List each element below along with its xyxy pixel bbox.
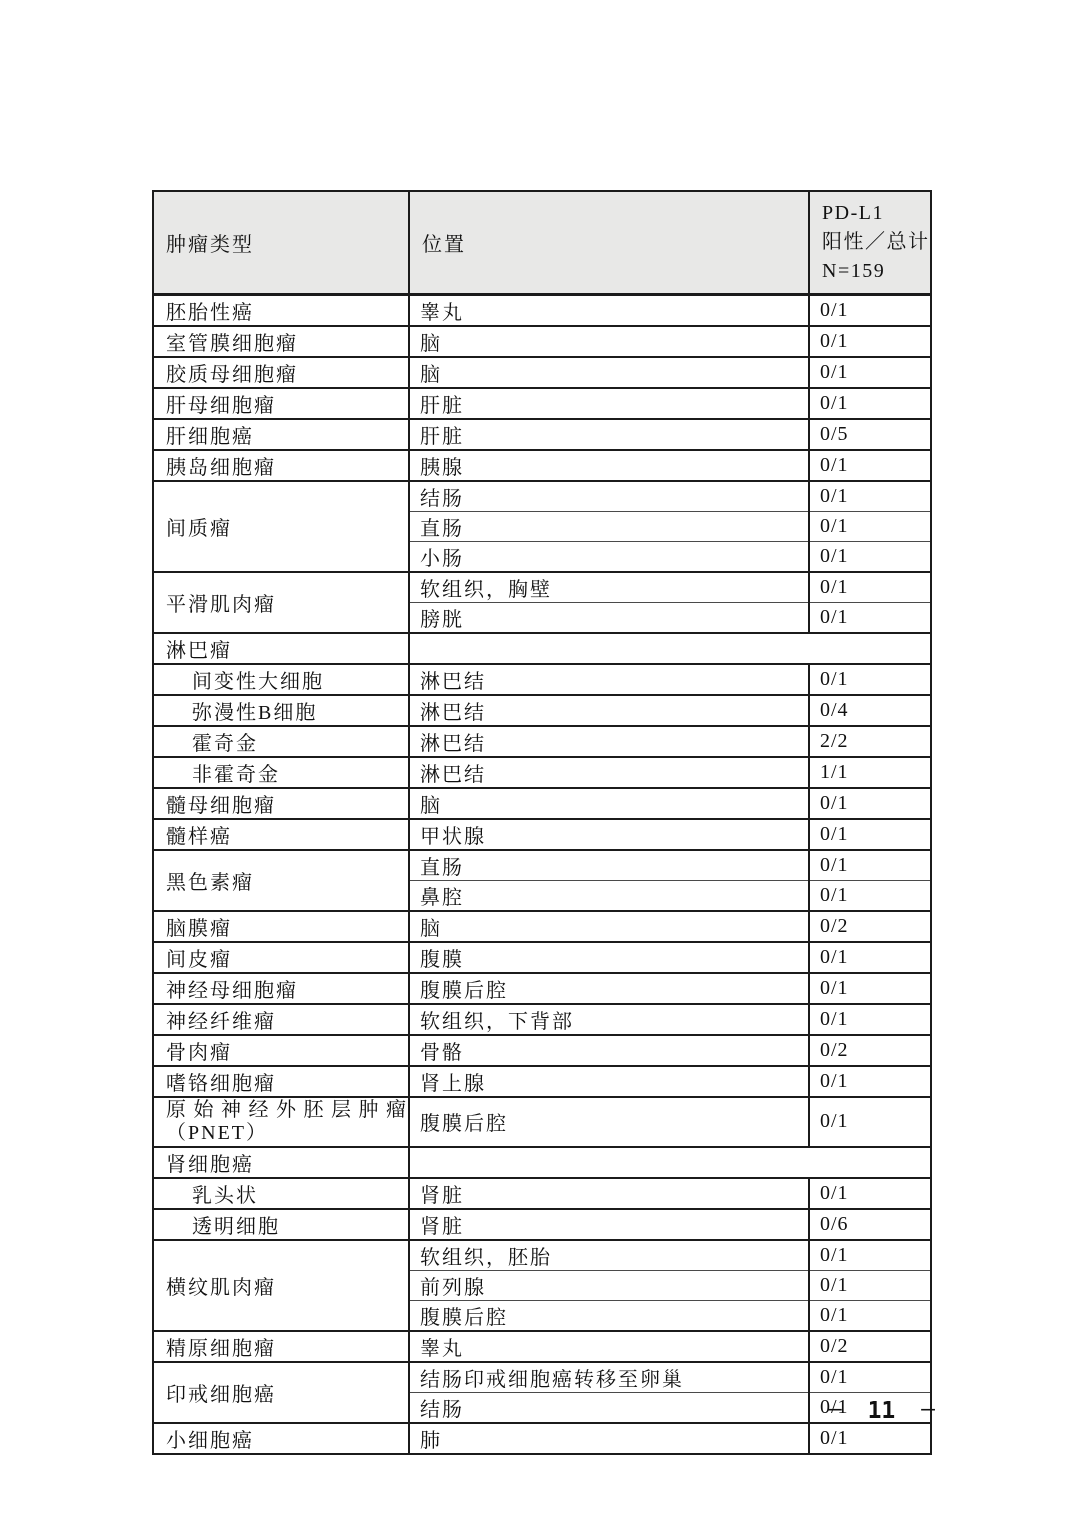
table-row: 室管膜细胞瘤脑0/1 [153,326,931,357]
pdl1-value-cell: 0/1 [809,819,931,850]
col-header-pdl1-line2: 阳性／总计 [822,228,930,257]
location-cell: 淋巴结 [409,757,809,788]
col-header-location-label: 位置 [422,234,466,256]
location-cell: 结肠印戒细胞癌转移至卵巢 [409,1362,809,1393]
tumor-type-cell: 肾细胞癌 [153,1147,409,1178]
location-cell: 睾丸 [409,1331,809,1362]
location-cell: 结肠 [409,481,809,512]
tumor-type-cell: 横纹肌肉瘤 [153,1240,409,1331]
pdl1-value-cell: 0/1 [809,357,931,388]
table-row: 间皮瘤腹膜0/1 [153,942,931,973]
tumor-type-cell: 脑膜瘤 [153,911,409,942]
location-cell: 直肠 [409,511,809,541]
location-cell: 甲状腺 [409,819,809,850]
footer-dash-left: — [828,1396,842,1422]
tumor-pdl1-table-container: 肿瘤类型 位置 PD-L1 阳性／总计 N=159 胚胎性癌睾丸0/1室管膜细胞… [152,190,930,1455]
table-row: 髓母细胞瘤脑0/1 [153,788,931,819]
table-row: 神经母细胞瘤腹膜后腔0/1 [153,973,931,1004]
location-cell: 膀胱 [409,602,809,633]
location-cell: 鼻腔 [409,880,809,911]
tumor-type-cell: 髓母细胞瘤 [153,788,409,819]
table-row: 骨肉瘤骨骼0/2 [153,1035,931,1066]
table-row: 胶质母细胞瘤脑0/1 [153,357,931,388]
tumor-type-cell: 淋巴瘤 [153,633,409,664]
pdl1-value-cell: 0/1 [809,1178,931,1209]
table-row: 黑色素瘤直肠0/1 [153,850,931,881]
location-cell: 胰腺 [409,450,809,481]
table-row: 弥漫性B细胞淋巴结0/4 [153,695,931,726]
table-row: 霍奇金淋巴结2/2 [153,726,931,757]
location-cell: 肾上腺 [409,1066,809,1097]
pdl1-value-cell: 0/1 [809,664,931,695]
table-row: 乳头状肾脏0/1 [153,1178,931,1209]
table-row: 神经纤维瘤软组织，下背部0/1 [153,1004,931,1035]
pdl1-value-cell: 0/1 [809,1066,931,1097]
table-row: 肝母细胞瘤肝脏0/1 [153,388,931,419]
tumor-type-cell: 胰岛细胞瘤 [153,450,409,481]
location-cell: 睾丸 [409,294,809,326]
col-header-pdl1: PD-L1 阳性／总计 N=159 [809,191,931,294]
table-row: 平滑肌肉瘤软组织，胸壁0/1 [153,572,931,603]
tumor-type-cell: 小细胞癌 [153,1423,409,1454]
tumor-type-cell: 骨肉瘤 [153,1035,409,1066]
pdl1-value-cell: 0/1 [809,541,931,572]
tumor-type-cell: 精原细胞瘤 [153,1331,409,1362]
table-row: 嗜铬细胞瘤肾上腺0/1 [153,1066,931,1097]
tumor-type-cell: 霍奇金 [153,726,409,757]
tumor-type-cell: 透明细胞 [153,1209,409,1240]
tumor-type-cell: 肝细胞癌 [153,419,409,450]
pdl1-value-cell: 0/1 [809,1362,931,1393]
page-footer: — 11 — [0,1398,935,1424]
col-header-tumor-type: 肿瘤类型 [153,191,409,294]
tumor-type-cell: 嗜铬细胞瘤 [153,1066,409,1097]
table-row: 非霍奇金淋巴结1/1 [153,757,931,788]
tumor-type-cell: 室管膜细胞瘤 [153,326,409,357]
pdl1-value-cell: 0/1 [809,450,931,481]
tumor-type-cell: 胚胎性癌 [153,294,409,326]
tumor-type-cell: 髓样癌 [153,819,409,850]
table-row: 间变性大细胞淋巴结0/1 [153,664,931,695]
pdl1-value-cell: 0/1 [809,788,931,819]
pdl1-value-cell: 0/1 [809,388,931,419]
col-header-pdl1-line1: PD-L1 [822,199,930,228]
table-row: 脑膜瘤脑0/2 [153,911,931,942]
location-cell: 淋巴结 [409,695,809,726]
pdl1-value-cell: 0/1 [809,1097,931,1147]
location-cell: 肺 [409,1423,809,1454]
pdl1-value-cell: 0/1 [809,481,931,512]
location-cell: 脑 [409,357,809,388]
document-page: 肿瘤类型 位置 PD-L1 阳性／总计 N=159 胚胎性癌睾丸0/1室管膜细胞… [0,0,1080,1527]
empty-merged-cell [409,633,931,664]
tumor-type-line: 原始神经外胚层肿瘤 [166,1099,408,1122]
tumor-type-cell: 乳头状 [153,1178,409,1209]
tumor-type-cell: 神经纤维瘤 [153,1004,409,1035]
location-cell: 软组织，下背部 [409,1004,809,1035]
pdl1-value-cell: 0/1 [809,880,931,911]
location-cell: 小肠 [409,541,809,572]
pdl1-value-cell: 0/1 [809,1300,931,1331]
pdl1-value-cell: 0/1 [809,942,931,973]
empty-merged-cell [409,1147,931,1178]
table-row: 肾细胞癌 [153,1147,931,1178]
location-cell: 软组织，胸壁 [409,572,809,603]
table-row: 髓样癌甲状腺0/1 [153,819,931,850]
location-cell: 腹膜后腔 [409,1097,809,1147]
pdl1-value-cell: 0/1 [809,850,931,881]
page-number: 11 [868,1398,896,1424]
tumor-type-cell: 平滑肌肉瘤 [153,572,409,633]
location-cell: 脑 [409,911,809,942]
table-row: 小细胞癌肺0/1 [153,1423,931,1454]
pdl1-value-cell: 0/2 [809,1035,931,1066]
table-row: 肝细胞癌肝脏0/5 [153,419,931,450]
table-row: 胰岛细胞瘤胰腺0/1 [153,450,931,481]
table-row: 胚胎性癌睾丸0/1 [153,294,931,326]
table-row: 透明细胞肾脏0/6 [153,1209,931,1240]
location-cell: 肾脏 [409,1178,809,1209]
location-cell: 肾脏 [409,1209,809,1240]
location-cell: 肝脏 [409,419,809,450]
pdl1-value-cell: 0/1 [809,602,931,633]
tumor-type-cell: 黑色素瘤 [153,850,409,911]
tumor-type-cell: 神经母细胞瘤 [153,973,409,1004]
location-cell: 腹膜 [409,942,809,973]
tumor-type-cell: 肝母细胞瘤 [153,388,409,419]
table-row: 原始神经外胚层肿瘤（PNET）腹膜后腔0/1 [153,1097,931,1147]
col-header-location: 位置 [409,191,809,294]
header-row: 肿瘤类型 位置 PD-L1 阳性／总计 N=159 [153,191,931,294]
pdl1-value-cell: 0/1 [809,1423,931,1454]
pdl1-value-cell: 0/1 [809,326,931,357]
location-cell: 腹膜后腔 [409,1300,809,1331]
table-row: 淋巴瘤 [153,633,931,664]
location-cell: 腹膜后腔 [409,973,809,1004]
tumor-type-cell: 非霍奇金 [153,757,409,788]
table-row: 间质瘤结肠0/1 [153,481,931,512]
pdl1-value-cell: 0/2 [809,911,931,942]
pdl1-value-cell: 0/1 [809,1240,931,1271]
tumor-pdl1-table: 肿瘤类型 位置 PD-L1 阳性／总计 N=159 胚胎性癌睾丸0/1室管膜细胞… [152,190,932,1455]
pdl1-value-cell: 0/5 [809,419,931,450]
tumor-type-cell: 间质瘤 [153,481,409,572]
pdl1-value-cell: 0/1 [809,973,931,1004]
table-row: 横纹肌肉瘤软组织，胚胎0/1 [153,1240,931,1271]
pdl1-value-cell: 1/1 [809,757,931,788]
tumor-type-cell: 间皮瘤 [153,942,409,973]
table-row: 精原细胞瘤睾丸0/2 [153,1331,931,1362]
tumor-type-cell: 胶质母细胞瘤 [153,357,409,388]
tumor-table-body: 胚胎性癌睾丸0/1室管膜细胞瘤脑0/1胶质母细胞瘤脑0/1肝母细胞瘤肝脏0/1肝… [153,294,931,1454]
location-cell: 脑 [409,788,809,819]
location-cell: 前列腺 [409,1270,809,1300]
pdl1-value-cell: 0/1 [809,1270,931,1300]
pdl1-value-cell: 0/1 [809,511,931,541]
tumor-type-cell: 弥漫性B细胞 [153,695,409,726]
pdl1-value-cell: 0/1 [809,572,931,603]
location-cell: 淋巴结 [409,664,809,695]
tumor-type-line: （PNET） [166,1122,408,1145]
location-cell: 软组织，胚胎 [409,1240,809,1271]
pdl1-value-cell: 0/6 [809,1209,931,1240]
location-cell: 肝脏 [409,388,809,419]
footer-dash-right: — [921,1396,935,1422]
location-cell: 脑 [409,326,809,357]
location-cell: 骨骼 [409,1035,809,1066]
table-header: 肿瘤类型 位置 PD-L1 阳性／总计 N=159 [153,191,931,294]
pdl1-value-cell: 0/2 [809,1331,931,1362]
tumor-type-cell: 原始神经外胚层肿瘤（PNET） [153,1097,409,1147]
pdl1-value-cell: 0/4 [809,695,931,726]
location-cell: 直肠 [409,850,809,881]
col-header-pdl1-line3: N=159 [822,257,930,286]
location-cell: 淋巴结 [409,726,809,757]
table-row: 印戒细胞癌结肠印戒细胞癌转移至卵巢0/1 [153,1362,931,1393]
pdl1-value-cell: 0/1 [809,294,931,326]
col-header-tumor-type-label: 肿瘤类型 [166,234,254,256]
pdl1-value-cell: 0/1 [809,1004,931,1035]
pdl1-value-cell: 2/2 [809,726,931,757]
tumor-type-cell: 间变性大细胞 [153,664,409,695]
